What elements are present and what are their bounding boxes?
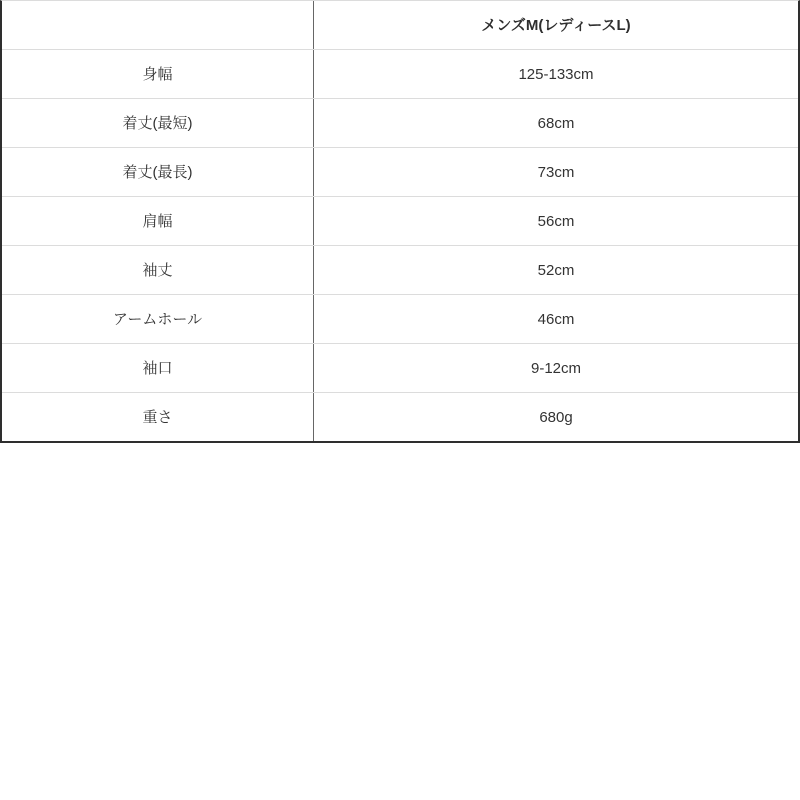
spec-value-cell: 46cm [314, 295, 798, 343]
table-row: 重さ 680g [2, 393, 798, 441]
size-spec-table: メンズM(レディースL) 身幅 125-133cm 着丈(最短) 68cm 着丈… [0, 0, 800, 443]
table-header-row: メンズM(レディースL) [2, 1, 798, 50]
spec-value-cell: 73cm [314, 148, 798, 196]
table-row: 身幅 125-133cm [2, 50, 798, 99]
spec-value-cell: 680g [314, 393, 798, 441]
table-row: アームホール 46cm [2, 295, 798, 344]
size-column-header: メンズM(レディースL) [314, 1, 798, 49]
spec-label-cell: 着丈(最短) [2, 99, 314, 147]
spec-label-cell: アームホール [2, 295, 314, 343]
size-table-body: 身幅 125-133cm 着丈(最短) 68cm 着丈(最長) 73cm 肩幅 … [2, 50, 798, 441]
spec-label-cell: 袖丈 [2, 246, 314, 294]
table-row: 着丈(最短) 68cm [2, 99, 798, 148]
spec-value-cell: 52cm [314, 246, 798, 294]
table-row: 肩幅 56cm [2, 197, 798, 246]
spec-value-cell: 125-133cm [314, 50, 798, 98]
spec-label-cell: 身幅 [2, 50, 314, 98]
table-row: 袖口 9-12cm [2, 344, 798, 393]
spec-value-cell: 9-12cm [314, 344, 798, 392]
header-corner-cell [2, 1, 314, 49]
table-row: 着丈(最長) 73cm [2, 148, 798, 197]
spec-label-cell: 袖口 [2, 344, 314, 392]
spec-label-cell: 着丈(最長) [2, 148, 314, 196]
spec-label-cell: 重さ [2, 393, 314, 441]
spec-label-cell: 肩幅 [2, 197, 314, 245]
table-row: 袖丈 52cm [2, 246, 798, 295]
spec-value-cell: 56cm [314, 197, 798, 245]
spec-value-cell: 68cm [314, 99, 798, 147]
